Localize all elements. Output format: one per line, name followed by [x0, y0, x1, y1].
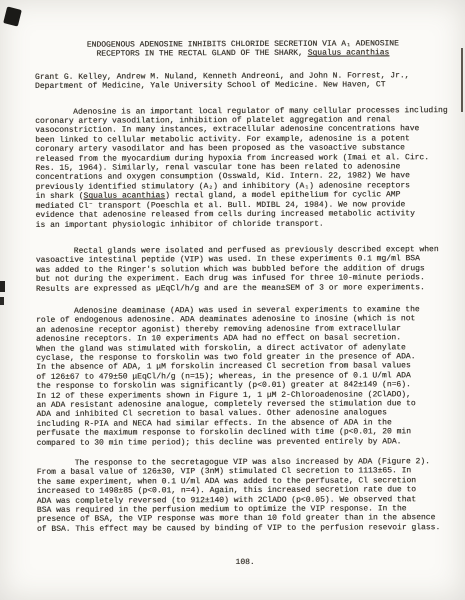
scan-artifact-left-tick	[0, 281, 5, 292]
page-number: 108.	[37, 557, 453, 568]
paper-title-line-2: RECEPTORS IN THE RECTAL GLAND OF THE SHA…	[35, 49, 451, 60]
species-name-body: Squalus acanthias	[84, 192, 166, 201]
abstract-paragraph-1: Adenosine is an important local regulato…	[35, 106, 452, 230]
scan-artifact-left-tick	[0, 297, 4, 305]
paragraph-text: Adenosine is an important local regulato…	[35, 106, 447, 201]
abstract-paragraph-3: Adenosine deaminase (ADA) was used in se…	[36, 305, 453, 448]
paper-title: ENDOGENOUS ADENOSINE INHIBITS CHLORIDE S…	[35, 39, 451, 60]
abstract-paragraph-2: Rectal glands were isolated and perfused…	[36, 245, 452, 294]
scan-artifact-edge-line	[461, 48, 463, 112]
affiliation-line: Department of Medicine, Yale University …	[35, 80, 451, 91]
title-text: RECEPTORS IN THE RECTAL GLAND OF THE SHA…	[96, 49, 307, 59]
author-affiliation-block: Grant G. Kelley, Andrew M. Nuland, Kenne…	[35, 71, 451, 92]
scanned-page: ENDOGENOUS ADENOSINE INHIBITS CHLORIDE S…	[0, 0, 465, 600]
abstract-paragraph-4: The response to the secretagogue VIP was…	[37, 457, 453, 534]
scan-artifact-corner-blob	[3, 6, 22, 26]
species-name-title: Squalus acanthias	[308, 49, 390, 58]
page-content: ENDOGENOUS ADENOSINE INHIBITS CHLORIDE S…	[35, 39, 453, 568]
